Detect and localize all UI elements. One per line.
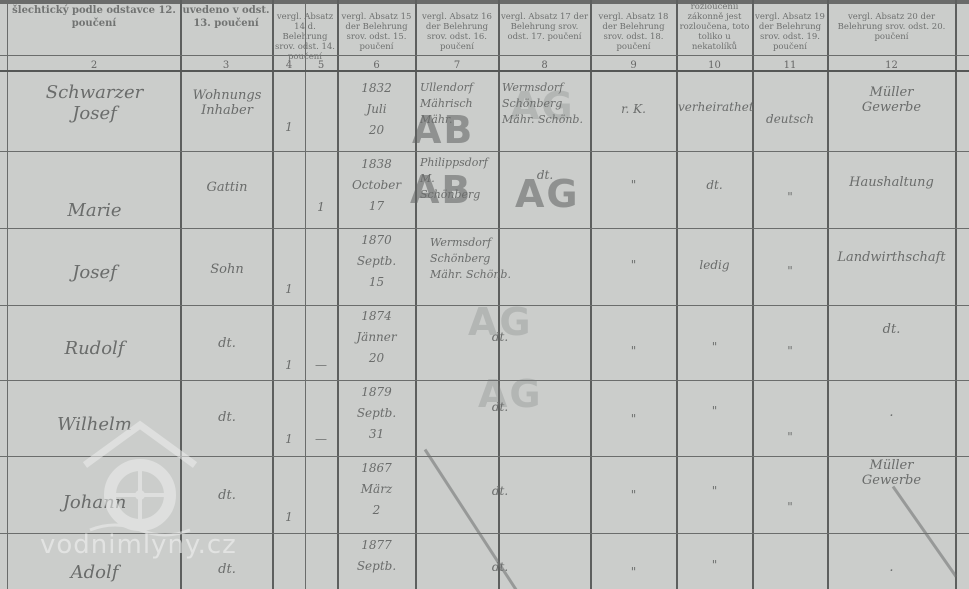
row3-language: " xyxy=(754,264,826,278)
colnum-11: 11 xyxy=(754,60,826,71)
row2-birthplace: Philippsdorf M. Schönberg xyxy=(420,155,498,203)
colnum-12: 12 xyxy=(829,60,954,71)
header-col4-5: vergl. Absatz 14 d. Belehrung srov. odst… xyxy=(274,12,336,62)
row7-relation: dt. xyxy=(184,562,270,577)
rule-col9 xyxy=(676,0,678,589)
header-col6: vergl. Absatz 15 der Belehrung srov. ods… xyxy=(339,12,414,52)
row4-male: 1 xyxy=(274,358,304,372)
row2-name: Marie xyxy=(12,200,177,221)
rule-col12 xyxy=(955,0,957,589)
rule-col1 xyxy=(7,0,8,589)
row3-birth: 1870 Septb. 15 xyxy=(339,230,414,293)
header-col9: vergl. Absatz 18 der Belehrung srov. ods… xyxy=(592,12,675,52)
row4-birth: 1874 Jänner 20 xyxy=(339,306,414,369)
colnum-5: 5 xyxy=(306,60,336,71)
row2-domicile: dt. xyxy=(502,168,588,182)
row2-status: dt. xyxy=(678,178,751,192)
row7-status: " xyxy=(678,558,751,572)
header-col2: šlechtický podle odstavce 12. poučení xyxy=(10,4,178,30)
row5-birth: 1879 Septb. 31 xyxy=(339,382,414,445)
row5-female: — xyxy=(306,432,336,446)
row4-birthplace: dt. xyxy=(470,330,530,344)
row5-male: 1 xyxy=(274,432,304,446)
row2-female: 1 xyxy=(306,200,336,214)
colnum-3: 3 xyxy=(182,60,270,71)
row5-religion: " xyxy=(592,412,675,426)
row4-religion: " xyxy=(592,344,675,358)
rule-col7 xyxy=(498,0,500,589)
colnum-10: 10 xyxy=(678,60,751,71)
rule-header xyxy=(0,55,969,56)
row6-occupation: Müller Gewerbe xyxy=(829,458,954,488)
row7-occupation: . xyxy=(829,560,954,575)
row4-occupation: dt. xyxy=(829,322,954,337)
row4-language: " xyxy=(754,344,826,358)
header-col10: rozloučeníi zákonně jest rozloučena, tot… xyxy=(678,2,751,52)
row4-female: — xyxy=(306,358,336,372)
row3-status: ledig xyxy=(678,258,751,272)
row3-birthplace: Wermsdorf Schönberg Mähr. Schönb. xyxy=(430,235,590,283)
colnum-9: 9 xyxy=(592,60,675,71)
header-col12: vergl. Absatz 20 der Belehrung srov. ods… xyxy=(829,12,954,42)
colnum-6: 6 xyxy=(339,60,414,71)
rule-col6 xyxy=(415,0,417,589)
row2-relation: Gattin xyxy=(184,180,270,195)
row5-language: " xyxy=(754,430,826,444)
row4-relation: dt. xyxy=(184,336,270,351)
header-col7: vergl. Absatz 16 der Belehrung srov. ods… xyxy=(417,12,497,52)
row3-name: Josef xyxy=(12,262,177,283)
rule-row2 xyxy=(0,228,969,229)
rule-row1 xyxy=(0,151,969,152)
row1-name: Schwarzer Josef xyxy=(12,82,177,124)
row6-male: 1 xyxy=(274,510,304,524)
row6-status: " xyxy=(678,484,751,498)
row4-name: Rudolf xyxy=(12,338,177,359)
row3-male: 1 xyxy=(274,282,304,296)
row2-birth: 1838 October 17 xyxy=(339,154,414,217)
row1-male: 1 xyxy=(274,120,304,134)
row3-occupation: Landwirthschaft xyxy=(829,250,954,265)
row6-birth: 1867 März 2 xyxy=(339,458,414,521)
row5-occupation: . xyxy=(829,405,954,420)
row3-relation: Sohn xyxy=(184,262,270,277)
row1-relation: Wohnungs Inhaber xyxy=(184,88,270,118)
row1-birthplace: Ullendorf Mährisch Mähr. xyxy=(420,80,498,128)
row1-domicile: Wermsdorf Schönberg Mähr. Schönb. xyxy=(502,80,588,128)
row6-language: " xyxy=(754,500,826,514)
row6-birthplace: dt. xyxy=(470,484,530,498)
mill-wheel-icon xyxy=(80,420,200,540)
row6-religion: " xyxy=(592,488,675,502)
row4-status: " xyxy=(678,340,751,354)
row1-birth: 1832 Juli 20 xyxy=(339,78,414,141)
row5-birthplace: dt. xyxy=(470,400,530,414)
header-col3: uvedeno v odst. 13. poučení xyxy=(182,4,270,30)
rule-col4 xyxy=(305,0,306,589)
row2-occupation: Haushaltung xyxy=(829,175,954,190)
colnum-4: 4 xyxy=(274,60,304,71)
row3-religion: " xyxy=(592,258,675,272)
row1-language: deutsch xyxy=(754,112,826,126)
row2-language: " xyxy=(754,190,826,204)
header-col11: vergl. Absatz 19 der Belehrung srov. ods… xyxy=(754,12,826,52)
colnum-2: 2 xyxy=(10,60,178,71)
colnum-7: 7 xyxy=(417,60,497,71)
row1-status: verheirathet xyxy=(678,100,751,114)
row5-status: " xyxy=(678,404,751,418)
row7-birth: 1877 Septb. xyxy=(339,535,414,577)
colnum-8: 8 xyxy=(500,60,589,71)
header-col8: vergl. Absatz 17 der Belehrung srov. ods… xyxy=(500,12,589,42)
row1-occupation: Müller Gewerbe xyxy=(829,85,954,115)
row7-religion: " xyxy=(592,565,675,579)
census-sheet: šlechtický podle odstavce 12. poučení uv… xyxy=(0,0,969,589)
row2-religion: " xyxy=(592,178,675,192)
watermark-text: vodnimlyny.cz xyxy=(40,530,237,560)
row7-name: Adolf xyxy=(12,562,177,583)
row1-religion: r. K. xyxy=(592,102,675,116)
